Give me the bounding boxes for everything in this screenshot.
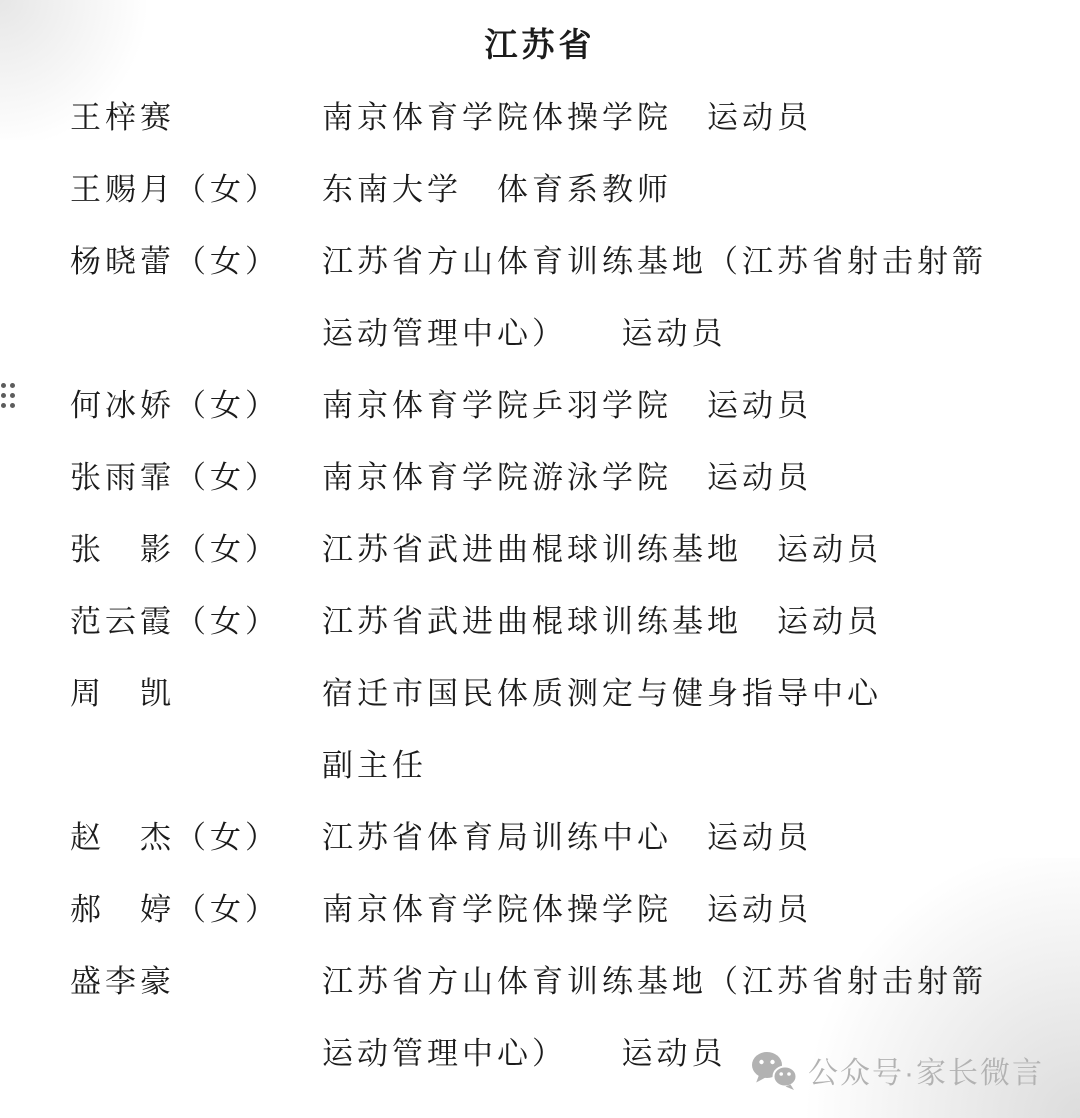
- drag-handle-dot: [10, 403, 15, 408]
- org-cell: 江苏省方山体育训练基地（江苏省射击射箭运动管理中心） 运动员: [322, 226, 1010, 370]
- roster-document: 江苏省 王梓赛南京体育学院体操学院 运动员王赐月（女）东南大学 体育系教师杨晓蕾…: [70, 10, 1010, 1090]
- org-line: 南京体育学院体操学院 运动员: [322, 874, 1010, 946]
- person-name: 赵 杰（女）: [70, 802, 322, 874]
- person-name: 周 凯: [70, 658, 322, 802]
- org-line: 江苏省方山体育训练基地（江苏省射击射箭: [322, 226, 1010, 298]
- document-page: 江苏省 王梓赛南京体育学院体操学院 运动员王赐月（女）东南大学 体育系教师杨晓蕾…: [0, 0, 1080, 1118]
- drag-handle[interactable]: [1, 383, 15, 408]
- org-line: 江苏省体育局训练中心 运动员: [322, 802, 1010, 874]
- entry-row: 杨晓蕾（女）江苏省方山体育训练基地（江苏省射击射箭运动管理中心） 运动员: [70, 226, 1010, 370]
- entry-row: 周 凯宿迁市国民体质测定与健身指导中心副主任: [70, 658, 1010, 802]
- wechat-icon: [750, 1050, 798, 1091]
- org-cell: 江苏省武进曲棍球训练基地 运动员: [322, 514, 1010, 586]
- person-name: 何冰娇（女）: [70, 370, 322, 442]
- watermark: 公众号·家长微言: [750, 1048, 1044, 1092]
- org-cell: 南京体育学院体操学院 运动员: [322, 874, 1010, 946]
- org-line: 南京体育学院乒羽学院 运动员: [322, 370, 1010, 442]
- org-line: 宿迁市国民体质测定与健身指导中心: [322, 658, 1010, 730]
- org-cell: 南京体育学院体操学院 运动员: [322, 82, 1010, 154]
- entry-row: 王赐月（女）东南大学 体育系教师: [70, 154, 1010, 226]
- drag-handle-dot: [1, 393, 6, 398]
- org-line: 江苏省方山体育训练基地（江苏省射击射箭: [322, 946, 1010, 1018]
- drag-handle-dot: [1, 383, 6, 388]
- org-line: 南京体育学院体操学院 运动员: [322, 82, 1010, 154]
- person-name: 盛李豪: [70, 946, 322, 1090]
- person-name: 王梓赛: [70, 82, 322, 154]
- entry-row: 范云霞（女）江苏省武进曲棍球训练基地 运动员: [70, 586, 1010, 658]
- org-line: 东南大学 体育系教师: [322, 154, 1010, 226]
- person-name: 张 影（女）: [70, 514, 322, 586]
- entry-row: 张 影（女）江苏省武进曲棍球训练基地 运动员: [70, 514, 1010, 586]
- org-cell: 南京体育学院乒羽学院 运动员: [322, 370, 1010, 442]
- watermark-label: 公众号·家长微言: [808, 1048, 1044, 1092]
- person-name: 范云霞（女）: [70, 586, 322, 658]
- org-cell: 宿迁市国民体质测定与健身指导中心副主任: [322, 658, 1010, 802]
- org-line: 南京体育学院游泳学院 运动员: [322, 442, 1010, 514]
- person-name: 杨晓蕾（女）: [70, 226, 322, 370]
- org-cell: 东南大学 体育系教师: [322, 154, 1010, 226]
- person-name: 张雨霏（女）: [70, 442, 322, 514]
- drag-handle-dot: [10, 393, 15, 398]
- org-line: 江苏省武进曲棍球训练基地 运动员: [322, 586, 1010, 658]
- entry-row: 张雨霏（女）南京体育学院游泳学院 运动员: [70, 442, 1010, 514]
- org-cell: 南京体育学院游泳学院 运动员: [322, 442, 1010, 514]
- org-cell: 江苏省武进曲棍球训练基地 运动员: [322, 586, 1010, 658]
- entry-row: 何冰娇（女）南京体育学院乒羽学院 运动员: [70, 370, 1010, 442]
- roster-entries: 王梓赛南京体育学院体操学院 运动员王赐月（女）东南大学 体育系教师杨晓蕾（女）江…: [70, 82, 1010, 1090]
- person-name: 王赐月（女）: [70, 154, 322, 226]
- org-line: 江苏省武进曲棍球训练基地 运动员: [322, 514, 1010, 586]
- org-line: 副主任: [322, 730, 1010, 802]
- drag-handle-dot: [10, 383, 15, 388]
- drag-handle-dot: [1, 403, 6, 408]
- province-title: 江苏省: [70, 10, 1010, 82]
- org-line: 运动管理中心） 运动员: [322, 298, 1010, 370]
- org-cell: 江苏省体育局训练中心 运动员: [322, 802, 1010, 874]
- entry-row: 郝 婷（女）南京体育学院体操学院 运动员: [70, 874, 1010, 946]
- entry-row: 赵 杰（女）江苏省体育局训练中心 运动员: [70, 802, 1010, 874]
- person-name: 郝 婷（女）: [70, 874, 322, 946]
- entry-row: 王梓赛南京体育学院体操学院 运动员: [70, 82, 1010, 154]
